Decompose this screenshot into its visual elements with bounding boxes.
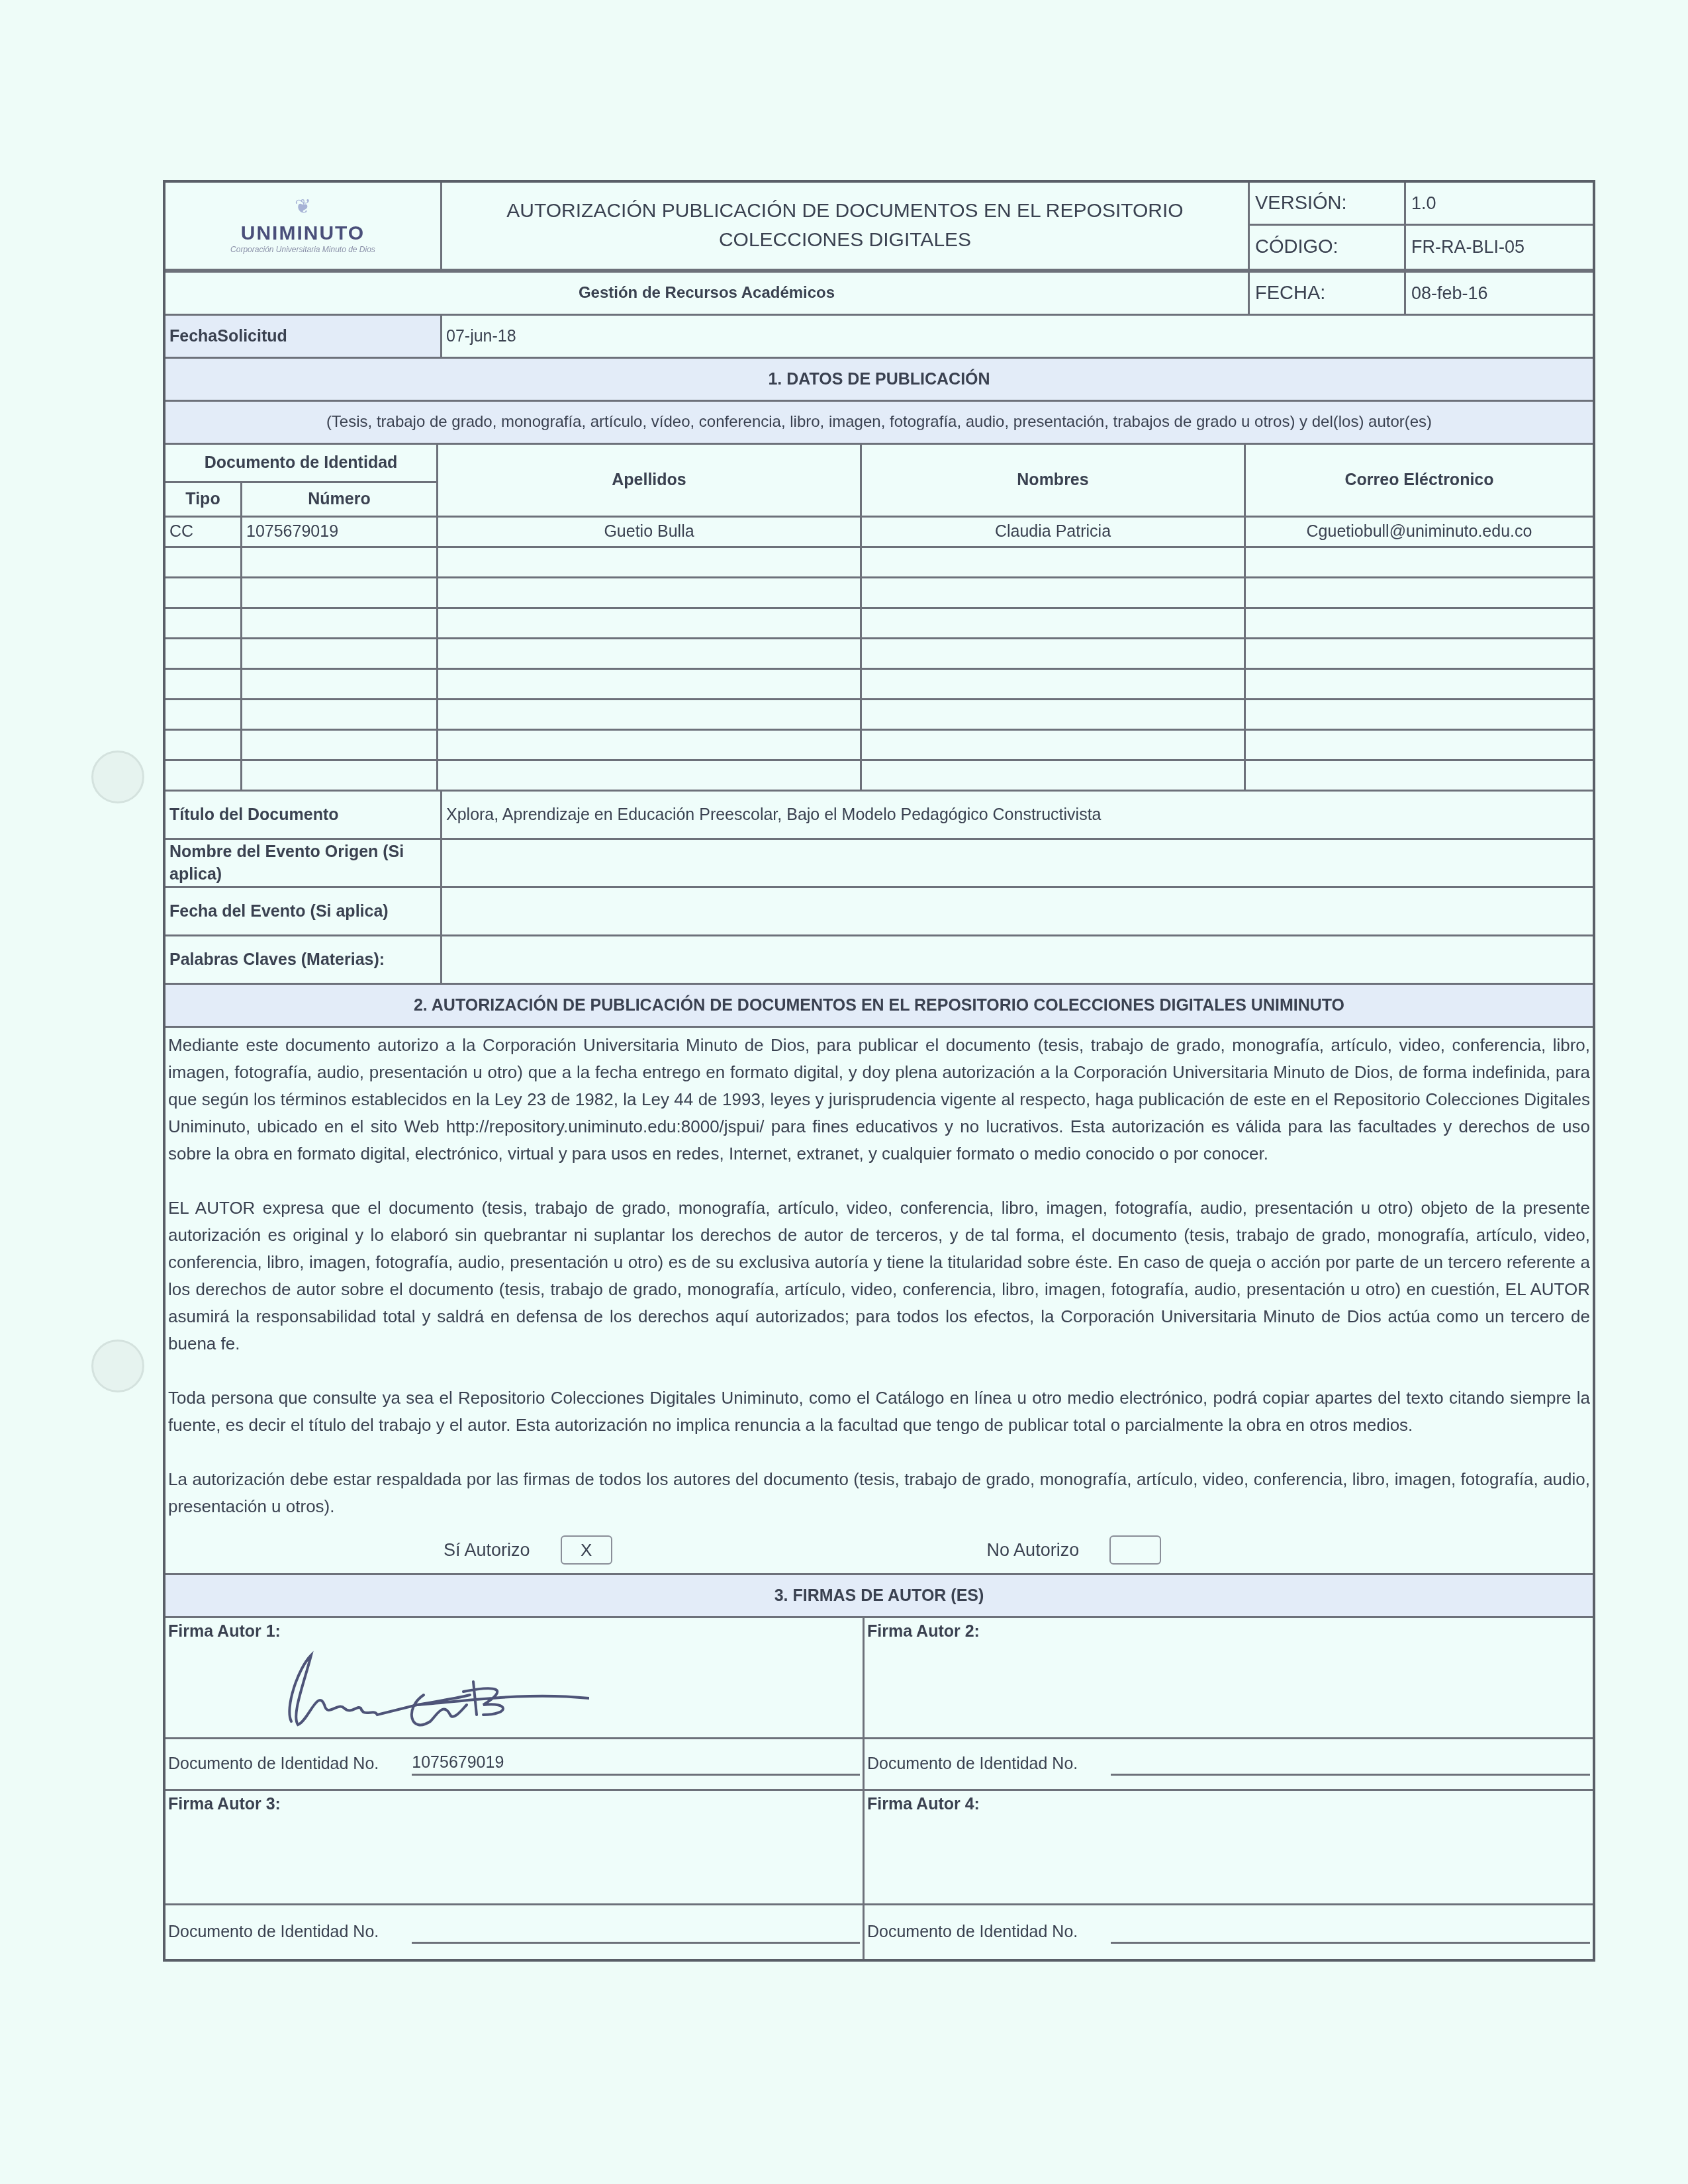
signature-3-id-value[interactable]	[412, 1921, 860, 1944]
authorization-text: Mediante este documento autorizo a la Co…	[165, 1028, 1593, 1527]
signature-1-id-row: Documento de Identidad No. 1075679019	[165, 1737, 863, 1789]
authors-table: Documento de Identidad Apellidos Nombres…	[165, 445, 1593, 792]
author-cell-nombres[interactable]	[862, 578, 1246, 609]
author-cell-apellidos[interactable]	[438, 700, 862, 731]
author-cell-apellidos[interactable]	[438, 548, 862, 578]
author-cell-tipo[interactable]	[165, 731, 242, 761]
signature-2-id-row: Documento de Identidad No.	[865, 1737, 1593, 1789]
signature-author-4: Firma Autor 4: Documento de Identidad No…	[865, 1791, 1593, 1959]
paragraph-author-statement: EL AUTOR expresa que el documento (tesis…	[168, 1195, 1590, 1357]
section2-title: 2. AUTORIZACIÓN DE PUBLICACIÓN DE DOCUME…	[165, 985, 1593, 1026]
author-cell-correo[interactable]	[1246, 548, 1593, 578]
signature-author-1: Firma Autor 1: Documento de Identidad No…	[165, 1618, 865, 1791]
author-cell-tipo[interactable]	[165, 639, 242, 670]
section3-header: 3. FIRMAS DE AUTOR (ES)	[165, 1575, 1593, 1618]
section1-header: 1. DATOS DE PUBLICACIÓN	[165, 359, 1593, 402]
col-doc-identidad: Documento de Identidad	[165, 445, 438, 483]
col-numero: Número	[242, 483, 438, 518]
author-cell-numero[interactable]	[242, 578, 438, 609]
event-name-value[interactable]	[442, 840, 1593, 886]
signature-3-id-row: Documento de Identidad No.	[165, 1903, 863, 1959]
signature-1-id-value[interactable]: 1075679019	[412, 1753, 860, 1776]
author-cell-numero[interactable]	[242, 639, 438, 670]
punch-hole	[91, 751, 144, 803]
paragraph-consultation: Toda persona que consulte ya sea el Repo…	[168, 1385, 1590, 1439]
signature-author-3: Firma Autor 3: Documento de Identidad No…	[165, 1791, 865, 1959]
field-event-name-row: Nombre del Evento Origen (Si aplica)	[165, 840, 1593, 888]
col-correo: Correo Eléctronico	[1246, 445, 1593, 518]
paragraph-authorization: Mediante este documento autorizo a la Co…	[168, 1032, 1590, 1167]
author-cell-numero[interactable]	[242, 670, 438, 700]
author-cell-nombres[interactable]	[862, 761, 1246, 792]
section2-body: Mediante este documento autorizo a la Co…	[165, 1028, 1593, 1575]
signatures-grid: Firma Autor 1: Documento de Identidad No…	[165, 1618, 1593, 1959]
request-date-row: FechaSolicitud 07-jun-18	[165, 316, 1593, 359]
author-cell-nombres[interactable]	[862, 670, 1246, 700]
version-label: VERSIÓN:	[1250, 183, 1406, 224]
event-date-label: Fecha del Evento (Si aplica)	[165, 888, 442, 934]
author-cell-correo[interactable]	[1246, 609, 1593, 639]
section1-subtitle: (Tesis, trabajo de grado, monografía, ar…	[165, 402, 1593, 443]
keywords-value[interactable]	[442, 936, 1593, 983]
author-cell-tipo[interactable]	[165, 670, 242, 700]
signature-3-label: Firma Autor 3:	[165, 1791, 863, 1903]
author-cell-numero[interactable]	[242, 731, 438, 761]
signature-2-label: Firma Autor 2:	[865, 1618, 1593, 1737]
date-label: FECHA:	[1250, 273, 1406, 314]
author-cell-tipo[interactable]	[165, 578, 242, 609]
author-cell-correo[interactable]	[1246, 578, 1593, 609]
author-cell-apellidos[interactable]	[438, 578, 862, 609]
author-cell-nombres[interactable]	[862, 731, 1246, 761]
section1-title: 1. DATOS DE PUBLICACIÓN	[165, 359, 1593, 400]
field-keywords-row: Palabras Claves (Materias):	[165, 936, 1593, 985]
handwritten-signature-icon	[245, 1642, 589, 1741]
event-name-label: Nombre del Evento Origen (Si aplica)	[165, 840, 442, 886]
authorize-no-label: No Autorizo	[987, 1540, 1080, 1561]
author-cell-tipo[interactable]: CC	[165, 518, 242, 548]
author-cell-tipo[interactable]	[165, 548, 242, 578]
section1-subheader: (Tesis, trabajo de grado, monografía, ar…	[165, 402, 1593, 445]
paragraph-signatures-required: La autorización debe estar respaldada po…	[168, 1466, 1590, 1520]
col-nombres: Nombres	[862, 445, 1246, 518]
signature-author-2: Firma Autor 2: Documento de Identidad No…	[865, 1618, 1593, 1791]
consent-row: Sí Autorizo X No Autorizo	[165, 1527, 1593, 1573]
author-cell-numero[interactable]: 1075679019	[242, 518, 438, 548]
author-cell-apellidos[interactable]: Guetio Bulla	[438, 518, 862, 548]
signature-3-id-label: Documento de Identidad No.	[168, 1923, 379, 1942]
signature-4-id-value[interactable]	[1111, 1921, 1590, 1944]
author-cell-apellidos[interactable]	[438, 670, 862, 700]
title-value[interactable]: Xplora, Aprendizaje en Educación Preesco…	[442, 792, 1593, 838]
signature-2-id-label: Documento de Identidad No.	[867, 1754, 1078, 1774]
author-cell-apellidos[interactable]	[438, 761, 862, 792]
signature-1-id-label: Documento de Identidad No.	[168, 1754, 379, 1774]
author-cell-nombres[interactable]	[862, 609, 1246, 639]
document-subtitle: Gestión de Recursos Académicos	[165, 273, 1250, 314]
authorize-yes-label: Sí Autorizo	[444, 1540, 530, 1561]
field-event-date-row: Fecha del Evento (Si aplica)	[165, 888, 1593, 936]
author-cell-numero[interactable]	[242, 700, 438, 731]
title-label: Título del Documento	[165, 792, 442, 838]
author-cell-correo[interactable]	[1246, 670, 1593, 700]
author-cell-correo[interactable]	[1246, 700, 1593, 731]
author-cell-correo[interactable]	[1246, 761, 1593, 792]
subtitle-row	[165, 226, 1593, 273]
event-date-value[interactable]	[442, 888, 1593, 934]
author-cell-correo[interactable]	[1246, 731, 1593, 761]
author-cell-apellidos[interactable]	[438, 609, 862, 639]
field-title-row: Título del Documento Xplora, Aprendizaje…	[165, 792, 1593, 840]
request-date-value[interactable]: 07-jun-18	[442, 316, 1593, 357]
subtitle-date-row: Gestión de Recursos Académicos FECHA: 08…	[165, 273, 1593, 316]
signature-4-id-row: Documento de Identidad No.	[865, 1903, 1593, 1959]
request-date-label: FechaSolicitud	[165, 316, 442, 357]
author-cell-tipo[interactable]	[165, 761, 242, 792]
signature-4-label: Firma Autor 4:	[865, 1791, 1593, 1903]
author-cell-nombres[interactable]	[862, 639, 1246, 670]
author-cell-nombres[interactable]: Claudia Patricia	[862, 518, 1246, 548]
date-value: 08-feb-16	[1406, 273, 1593, 314]
author-cell-apellidos[interactable]	[438, 731, 862, 761]
author-cell-numero[interactable]	[242, 761, 438, 792]
author-cell-apellidos[interactable]	[438, 639, 862, 670]
authorization-form: ❦ UNIMINUTO Corporación Universitaria Mi…	[163, 180, 1595, 1962]
col-tipo: Tipo	[165, 483, 242, 518]
punch-hole	[91, 1340, 144, 1392]
version-value: 1.0	[1406, 183, 1593, 224]
author-cell-nombres[interactable]	[862, 548, 1246, 578]
authorize-yes-checkbox[interactable]: X	[561, 1535, 612, 1565]
author-cell-numero[interactable]	[242, 548, 438, 578]
signature-2-id-value[interactable]	[1111, 1753, 1590, 1776]
author-cell-numero[interactable]	[242, 609, 438, 639]
section3-title: 3. FIRMAS DE AUTOR (ES)	[165, 1575, 1593, 1616]
author-cell-tipo[interactable]	[165, 700, 242, 731]
author-cell-correo[interactable]: Cguetiobull@uniminuto.edu.co	[1246, 518, 1593, 548]
section2-header: 2. AUTORIZACIÓN DE PUBLICACIÓN DE DOCUME…	[165, 985, 1593, 1028]
author-cell-nombres[interactable]	[862, 700, 1246, 731]
logo-mark-icon: ❦	[295, 197, 311, 217]
authorize-no-checkbox[interactable]	[1109, 1535, 1161, 1565]
keywords-label: Palabras Claves (Materias):	[165, 936, 442, 983]
author-cell-correo[interactable]	[1246, 639, 1593, 670]
author-cell-tipo[interactable]	[165, 609, 242, 639]
signature-4-id-label: Documento de Identidad No.	[867, 1923, 1078, 1942]
col-apellidos: Apellidos	[438, 445, 862, 518]
